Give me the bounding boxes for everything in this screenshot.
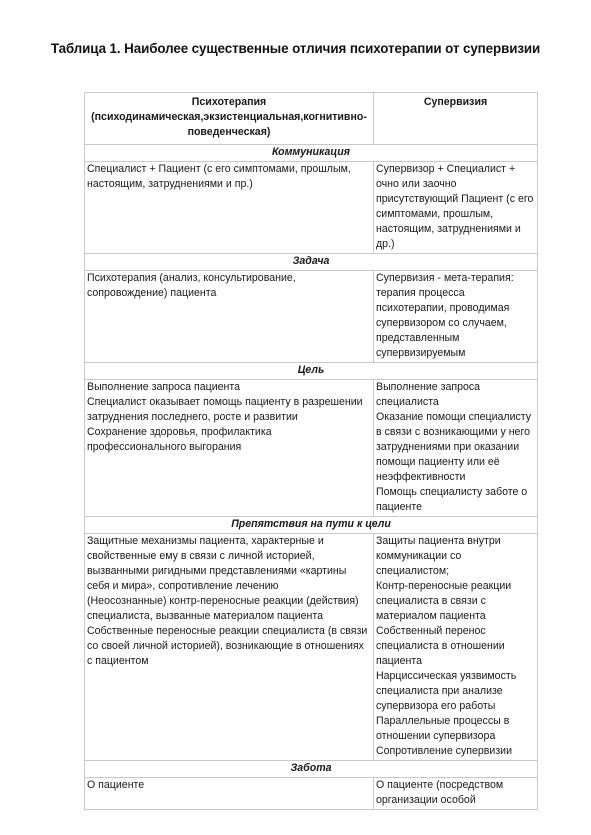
document-title: Таблица 1. Наиболее существенные отличия… (0, 41, 591, 56)
section-row: Цель (85, 363, 538, 380)
psychotherapy-cell: О пациенте (85, 778, 374, 810)
table-row: Выполнение запроса пациентаСпециалист ок… (85, 380, 538, 517)
section-title: Цель (85, 363, 538, 380)
supervision-item: Сопротивление супервизии (376, 744, 535, 759)
section-title: Задача (85, 254, 538, 271)
psychotherapy-item: (Неосознанные) контр-переносные реакции … (87, 594, 371, 624)
psychotherapy-item: Психотерапия (анализ, консультирование, … (87, 271, 371, 301)
supervision-item: Параллельные процессы в отношении суперв… (376, 714, 535, 744)
supervision-item: Оказание помощи специалисту в связи с во… (376, 410, 535, 485)
table-row: Психотерапия (анализ, консультирование, … (85, 271, 538, 363)
supervision-item: Супервизия - мета-терапия: терапия проце… (376, 271, 535, 361)
supervision-item: Нарциссическая уязвимость специалиста пр… (376, 669, 535, 714)
supervision-item: Собственный перенос специалиста в отноше… (376, 624, 535, 669)
supervision-cell: Супервизия - мета-терапия: терапия проце… (374, 271, 538, 363)
table-row: Защитные механизмы пациента, характерные… (85, 534, 538, 761)
header-supervision: Супервизия (374, 93, 538, 145)
psychotherapy-cell: Психотерапия (анализ, консультирование, … (85, 271, 374, 363)
supervision-cell: Супервизор + Специалист + очно или заочн… (374, 162, 538, 254)
table-body: КоммуникацияСпециалист + Пациент (с его … (85, 145, 538, 810)
section-row: Забота (85, 761, 538, 778)
comparison-table: Психотерапия (психодинамическая,экзистен… (84, 92, 538, 810)
section-row: Задача (85, 254, 538, 271)
section-row: Препятствия на пути к цели (85, 517, 538, 534)
table-row: О пациентеО пациенте (посредством органи… (85, 778, 538, 810)
supervision-item: Выполнение запроса специалиста (376, 380, 535, 410)
psychotherapy-item: О пациенте (87, 778, 371, 793)
section-title: Коммуникация (85, 145, 538, 162)
psychotherapy-item: Защитные механизмы пациента, характерные… (87, 534, 371, 594)
supervision-cell: Защиты пациента внутри коммуникации со с… (374, 534, 538, 761)
section-row: Коммуникация (85, 145, 538, 162)
psychotherapy-item: Собственные переносные реакции специалис… (87, 624, 371, 669)
section-title: Препятствия на пути к цели (85, 517, 538, 534)
supervision-item: О пациенте (посредством организации особ… (376, 778, 535, 808)
supervision-cell: О пациенте (посредством организации особ… (374, 778, 538, 810)
psychotherapy-cell: Защитные механизмы пациента, характерные… (85, 534, 374, 761)
psychotherapy-cell: Выполнение запроса пациентаСпециалист ок… (85, 380, 374, 517)
psychotherapy-item: Сохранение здоровья, профилактика профес… (87, 425, 371, 455)
psychotherapy-item: Специалист + Пациент (с его симптомами, … (87, 162, 371, 192)
header-psychotherapy: Психотерапия (психодинамическая,экзистен… (85, 93, 374, 145)
psychotherapy-item: Выполнение запроса пациента (87, 380, 371, 395)
table-header-row: Психотерапия (психодинамическая,экзистен… (85, 93, 538, 145)
section-title: Забота (85, 761, 538, 778)
supervision-item: Супервизор + Специалист + очно или заочн… (376, 162, 535, 252)
psychotherapy-cell: Специалист + Пациент (с его симптомами, … (85, 162, 374, 254)
supervision-item: Защиты пациента внутри коммуникации со с… (376, 534, 535, 579)
supervision-cell: Выполнение запроса специалистаОказание п… (374, 380, 538, 517)
psychotherapy-item: Специалист оказывает помощь пациенту в р… (87, 395, 371, 425)
supervision-item: Помощь специалисту заботе о пациенте (376, 485, 535, 515)
table-row: Специалист + Пациент (с его симптомами, … (85, 162, 538, 254)
supervision-item: Контр-переносные реакции специалиста в с… (376, 579, 535, 624)
